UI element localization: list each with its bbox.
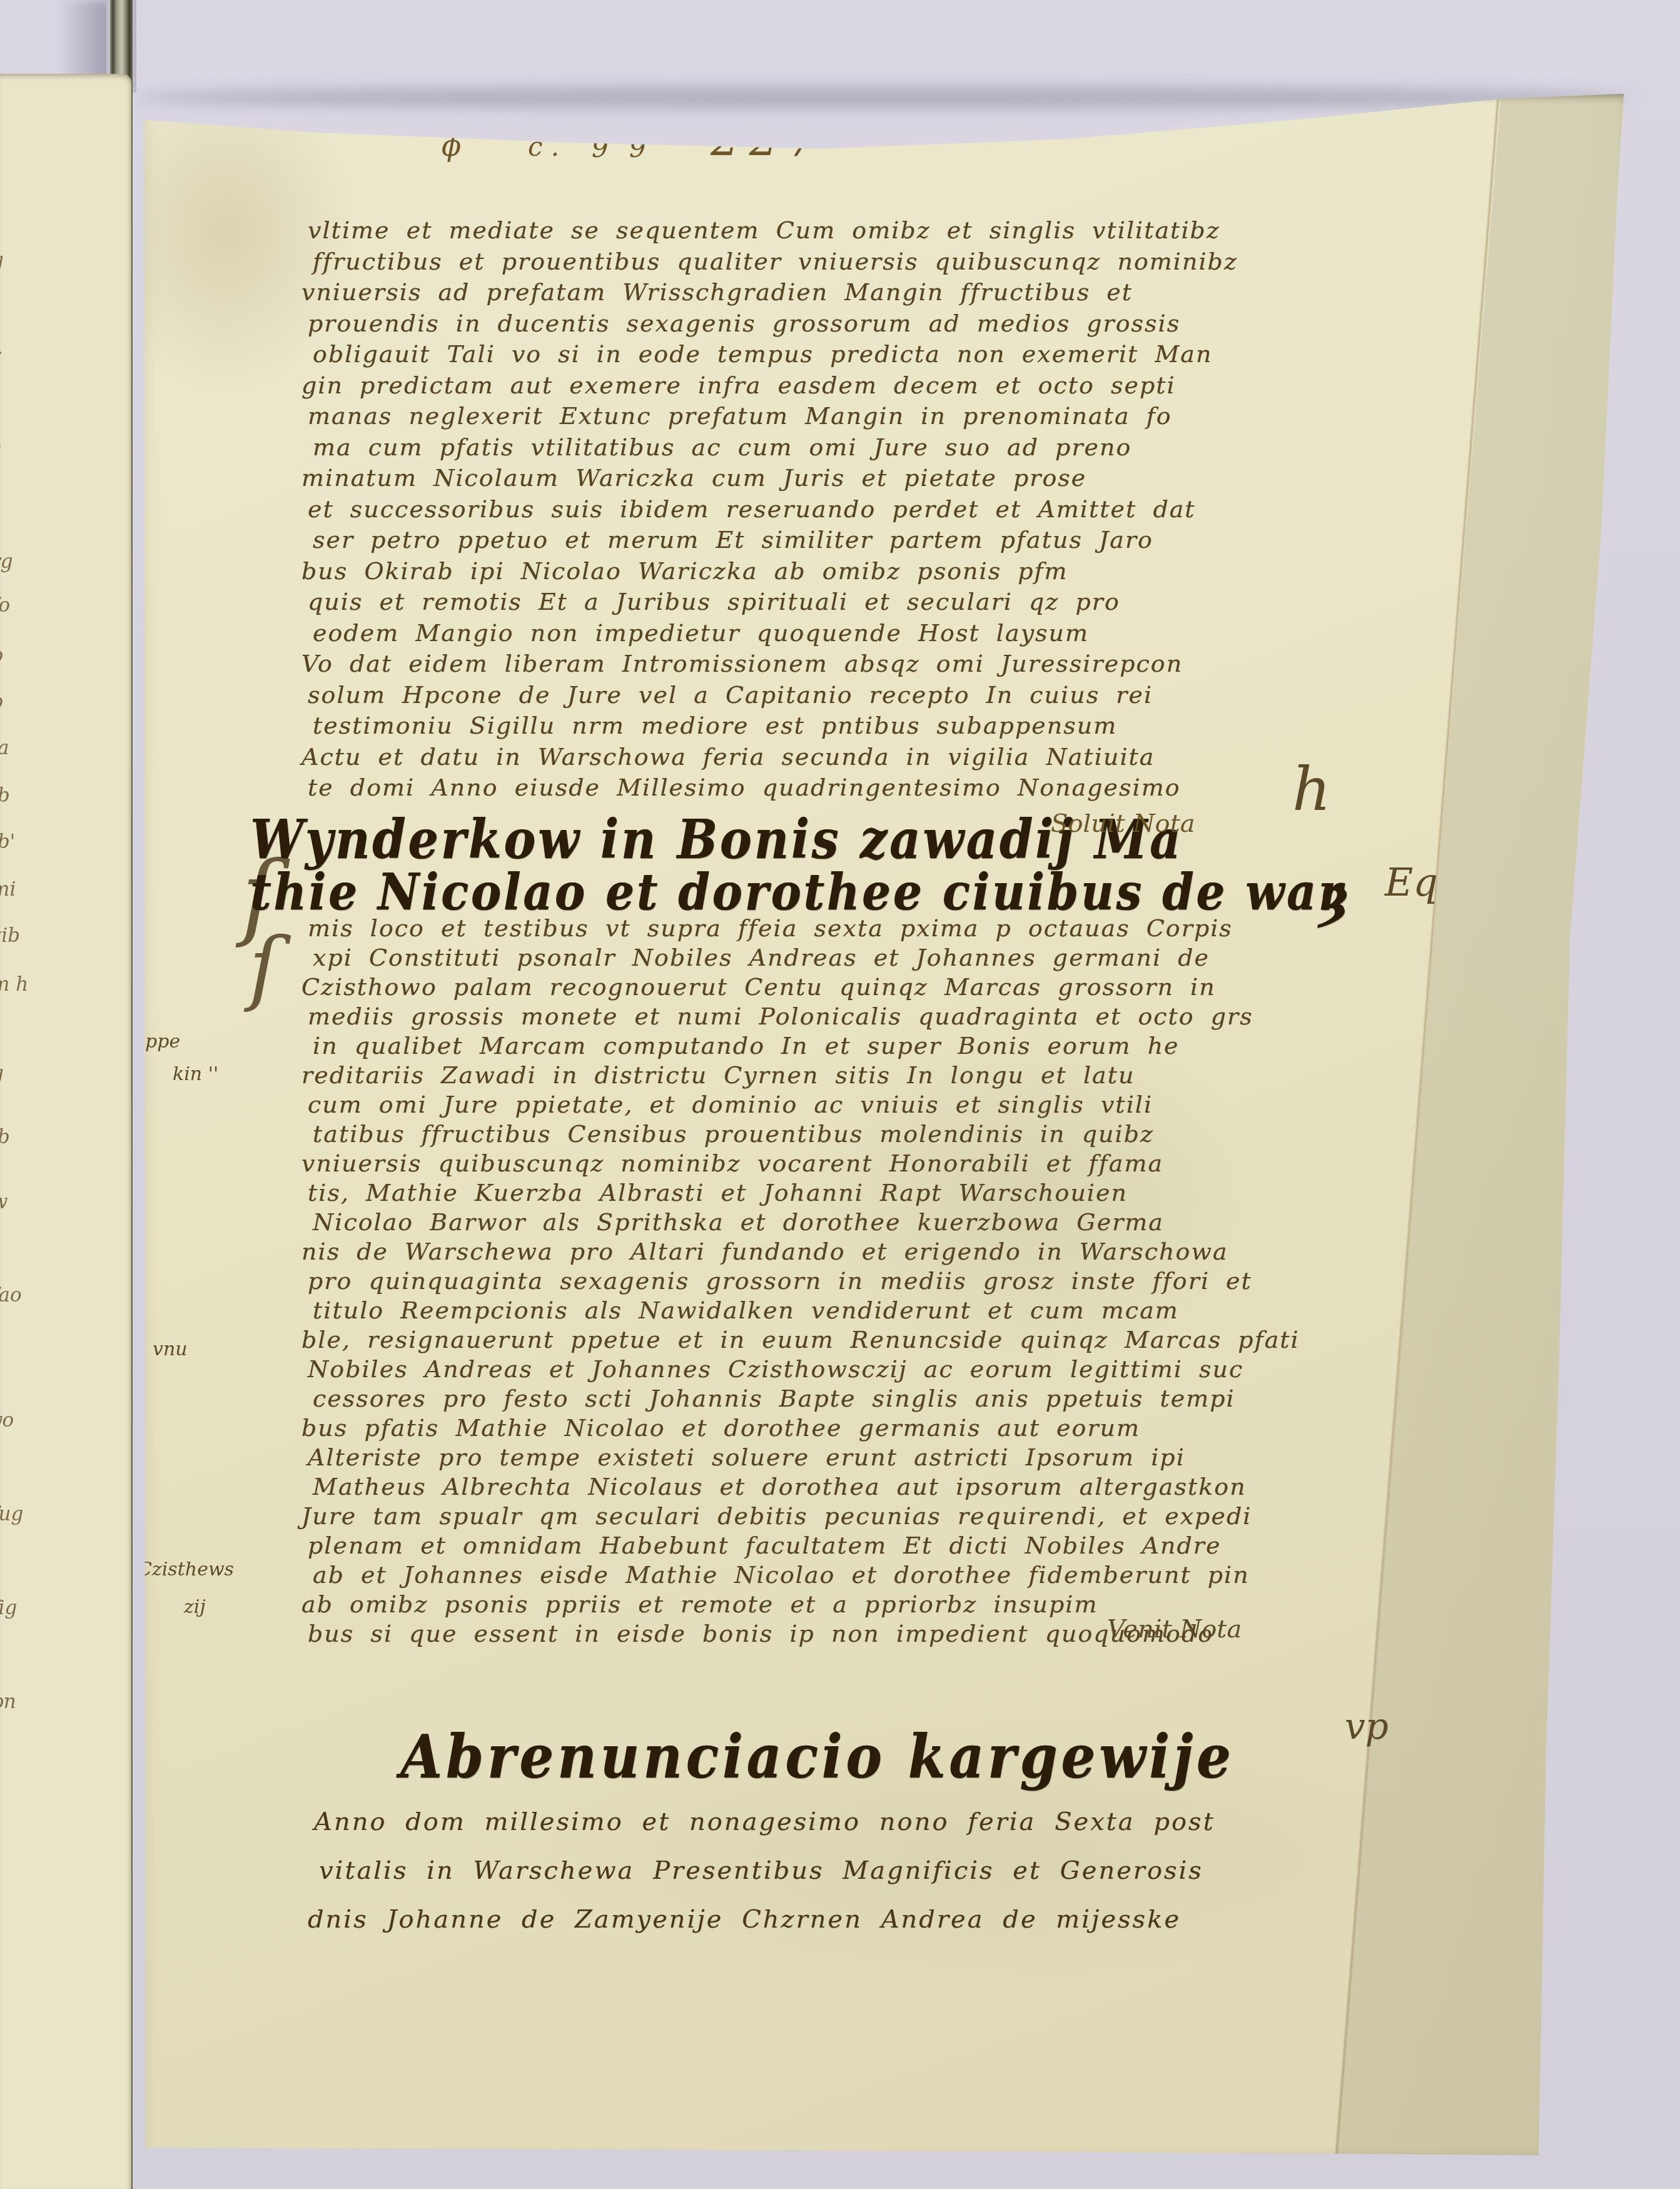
text-line: Matheus Albrechta Nicolaus et dorothea a… <box>313 1473 1311 1502</box>
text-line: vniuersis quibuscunqz nominibz vocarent … <box>301 1150 1300 1179</box>
margin-mark-right: Eq <box>1385 859 1438 905</box>
text-line: minatum Nicolaum Wariczka cum Juris et p… <box>301 464 1227 495</box>
left-page-underneath: igſsrgſobblaibib'mizibm hgibwſaoyoſugſig… <box>0 74 131 2189</box>
top-annotation-letter: c . <box>528 131 559 162</box>
text-line: bus Okirab ipi Nicolao Wariczka ab omibz… <box>301 557 1227 589</box>
left-page-text-fragment: ſao <box>0 1284 29 1307</box>
text-line: testimoniu Sigillu nrm mediore est pntib… <box>313 712 1238 743</box>
margin-mark-right: Venit Nota <box>1107 1615 1242 1644</box>
paragraph-3: Anno dom millesimo et nonagesimo nono fe… <box>314 1807 1215 1954</box>
text-line: solum Hpcone de Jure vel a Capitanio rec… <box>308 681 1233 712</box>
left-page-text-fragment: s <box>0 438 29 460</box>
left-page-text-fragment: ſug <box>0 1503 29 1525</box>
left-page-text-fragment: b <box>0 644 29 667</box>
left-page-text-fragment: m h <box>0 973 29 996</box>
text-line: mis loco et testibus vt supra ffeia sext… <box>308 914 1306 944</box>
text-line: manas neglexerit Extunc prefatum Mangin … <box>308 402 1233 433</box>
left-page-text-fragment: ſig <box>0 1597 29 1619</box>
heading-end-bracket: ȝ <box>1318 866 1348 929</box>
margin-mark-right: h <box>1292 754 1331 824</box>
margin-note-left: ppe <box>145 1031 180 1053</box>
text-line: ab et Johannes eisde Mathie Nicolao et d… <box>313 1561 1311 1590</box>
text-line: mediis grossis monete et numi Polonicali… <box>308 1003 1306 1032</box>
heading-1-line-2: thie Nicolao et dorothee ciuibus de war <box>250 862 1345 921</box>
text-line: quis et remotis Et a Juribus spirituali … <box>308 588 1233 619</box>
text-line: vniuersis ad prefatam Wrisschgradien Man… <box>301 278 1227 310</box>
text-line: vltime et mediate se sequentem Cum omibz… <box>308 216 1233 248</box>
text-line: Nicolao Barwor als Sprithska et dorothee… <box>313 1208 1311 1238</box>
text-line: dnis Johanne de Zamyenije Chzrnen Andrea… <box>308 1905 1209 1954</box>
text-line: pro quinquaginta sexagenis grossorn in m… <box>308 1267 1306 1297</box>
left-page-text-fragment: ſo <box>0 594 29 617</box>
manuscript-scan: { "scan": { "description": "Medieval man… <box>0 0 1680 2189</box>
left-page-text-fragment: la <box>0 737 29 759</box>
text-line: xpi Constituti psonalr Nobiles Andreas e… <box>313 944 1311 973</box>
text-line: bus pfatis Mathie Nicolao et dorothee ge… <box>301 1414 1300 1443</box>
text-line: Jure tam spualr qm seculari debitis pecu… <box>301 1502 1300 1532</box>
left-page-text-fragment: zib <box>0 924 29 947</box>
text-line: reditariis Zawadi in districtu Cyrnen si… <box>301 1061 1300 1091</box>
margin-note-left: vnu <box>153 1338 188 1360</box>
text-line: titulo Reempcionis als Nawidalken vendid… <box>313 1297 1311 1326</box>
left-page-text-fragment: ib <box>0 1126 29 1148</box>
margin-note-left: Czisthews <box>138 1559 234 1580</box>
left-page-text-fragment: pn <box>0 1691 29 1713</box>
text-line: tis, Mathie Kuerzba Albrasti et Johanni … <box>308 1179 1306 1208</box>
page-top-edge-shadow <box>134 86 1632 109</box>
text-line: in qualibet Marcam computando In et supe… <box>313 1032 1311 1061</box>
paragraph-1: vltime et mediate se sequentem Cum omibz… <box>308 216 1233 805</box>
text-line: ble, resignauerunt ppetue et in euum Ren… <box>301 1326 1300 1355</box>
left-page-text-fragment: mi <box>0 878 29 901</box>
margin-mark-right: vp <box>1345 1705 1389 1747</box>
text-line: te domi Anno eiusde Millesimo quadringen… <box>308 774 1233 805</box>
left-page-text-fragment: ib' <box>0 831 29 853</box>
left-page-text-fragment: ib <box>0 784 29 807</box>
text-line: gin predictam aut exemere infra easdem d… <box>301 372 1227 403</box>
text-line: cessores pro festo scti Johannis Bapte s… <box>313 1385 1311 1414</box>
text-line: obligauit Tali vo si in eode tempus pred… <box>313 340 1238 372</box>
text-line: Actu et datu in Warschowa feria secunda … <box>301 743 1227 774</box>
left-page-text-fragment: i <box>0 149 29 171</box>
text-line: ser petro ppetuo et merum Et similiter p… <box>313 526 1238 557</box>
text-line: plenam et omnidam Habebunt facultatem Et… <box>308 1532 1306 1561</box>
top-annotation-mark: ϕ <box>442 129 461 163</box>
text-line: vitalis in Warschewa Presentibus Magnifi… <box>319 1856 1220 1905</box>
left-page-text-fragment: g <box>0 249 29 271</box>
text-line: Alteriste pro tempe existeti soluere eru… <box>308 1443 1306 1473</box>
paragraph-2: mis loco et testibus vt supra ffeia sext… <box>308 914 1306 1649</box>
text-line: ffructibus et prouentibus qualiter vniue… <box>313 248 1238 279</box>
margin-note-left: zij <box>184 1596 206 1618</box>
text-line: et successoribus suis ibidem reseruando … <box>308 495 1233 527</box>
left-page-text-fragment: g <box>0 1062 29 1084</box>
text-line: tatibus ffructibus Censibus prouentibus … <box>313 1120 1311 1150</box>
text-line: Nobiles Andreas et Johannes Czisthowsczi… <box>308 1355 1306 1385</box>
left-page-text-fragment: rg <box>0 550 29 573</box>
text-line: Vo dat eidem liberam Intromissionem absq… <box>301 650 1227 681</box>
text-line: Anno dom millesimo et nonagesimo nono fe… <box>314 1807 1215 1856</box>
text-line: prouendis in ducentis sexagenis grossoru… <box>308 310 1233 341</box>
text-line: cum omi Jure ppietate, et dominio ac vni… <box>308 1091 1306 1120</box>
paragraph-2-initial-stroke: ſ <box>249 919 279 1014</box>
heading-2: Abrenunciacio kargewije <box>400 1721 1235 1792</box>
left-page-text-fragment: yo <box>0 1409 29 1432</box>
left-page-text-fragment: w <box>0 1191 29 1213</box>
text-line: nis de Warschewa pro Altari fundando et … <box>301 1238 1300 1267</box>
top-annotation-number: 9 9 <box>592 133 652 163</box>
page-number: 227 <box>711 114 826 166</box>
heading-side-note: Soluit Nota <box>1051 809 1195 838</box>
main-page: ϕ c . 9 9 227 vltime et mediate se seque… <box>131 93 1634 2161</box>
text-line: Czisthowo palam recognouerut Centu quinq… <box>301 973 1300 1003</box>
text-line: ma cum pfatis vtilitatibus ac cum omi Ju… <box>313 433 1238 465</box>
margin-note-left: kin '' <box>173 1063 218 1085</box>
heading-1-line-1: Wynderkow in Bonis zawadij Ma <box>250 808 1183 871</box>
left-page-text-fragment: b <box>0 690 29 713</box>
text-line: eodem Mangio non impedietur quoquende Ho… <box>313 619 1238 650</box>
left-page-text-fragment: ſ <box>0 349 29 372</box>
